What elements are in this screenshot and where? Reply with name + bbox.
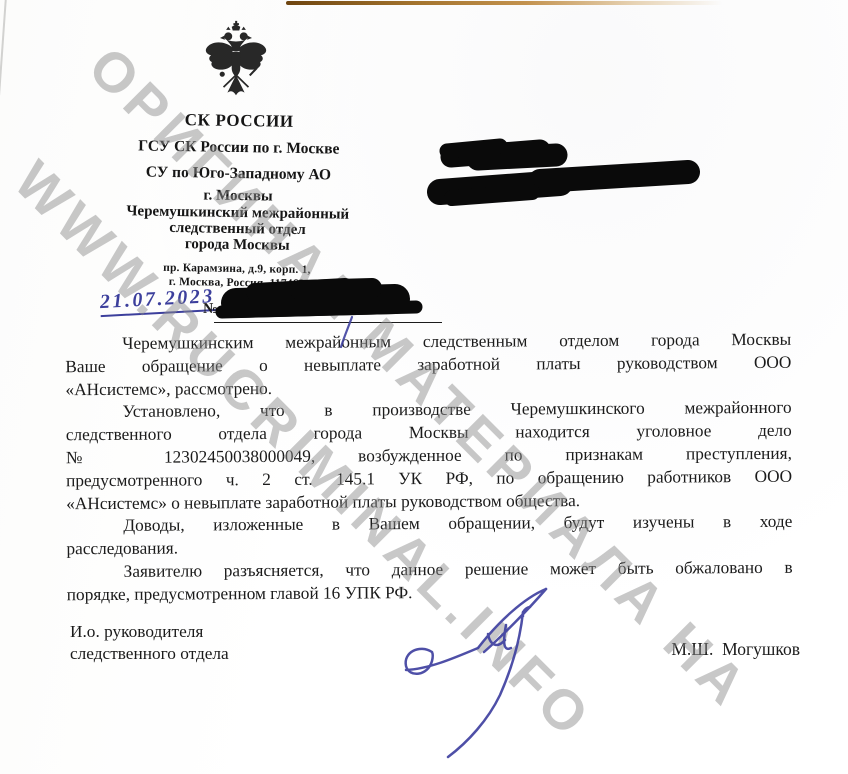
letter-body: Черемушкинским межрайонным следственным … — [65, 329, 793, 607]
letterhead-directorate: СУ по Юго-Западному АО — [95, 163, 381, 184]
redaction-mark-middle — [440, 172, 688, 198]
letterhead-department-line3: города Москвы — [94, 235, 380, 255]
paper-edge-line — [0, 0, 6, 168]
handwritten-date: 21.07.2023 — [99, 285, 218, 317]
scan-edge-artifact — [286, 1, 722, 5]
letterhead-main-directorate: ГСУ СК России по г. Москве — [96, 137, 382, 159]
body-line: Ваше обращение о невыплате заработной пл… — [65, 352, 791, 379]
coat-of-arms-icon — [197, 20, 275, 106]
document-page: ОРИГИНАЛ МАТЕРИАЛА НА WWW.RUCRIMINAL.INF… — [0, 0, 848, 774]
signatory-title: И.о. руководителя следственного отдела — [70, 621, 229, 665]
signatory-title-line1: И.о. руководителя — [70, 621, 229, 643]
scanned-letter: { "document": { "letterhead": { "agency"… — [0, 0, 848, 774]
reference-line: 21.07.2023 № — [100, 288, 440, 328]
letterhead: СК РОССИИ ГСУ СК России по г. Москве СУ … — [94, 109, 383, 292]
number-sign: № — [203, 301, 218, 318]
body-line: Доводы, изложенные в Вашем обращении, бу… — [66, 511, 792, 538]
signature-ink — [406, 589, 546, 757]
redaction-mark-top — [447, 146, 556, 159]
signatory-name: М.Ш. Могушков — [671, 639, 800, 660]
body-line: предусмотренного ч. 2 ст. 145.1 УК РФ, п… — [66, 466, 792, 493]
number-blank-line — [214, 322, 442, 323]
letterhead-agency: СК РОССИИ — [96, 109, 382, 133]
body-line: порядке, предусмотренном главой 16 УПК Р… — [67, 580, 793, 607]
signatory-title-line2: следственного отдела — [70, 643, 229, 665]
body-line: Заявителю разъясняется, что данное решен… — [67, 557, 793, 584]
